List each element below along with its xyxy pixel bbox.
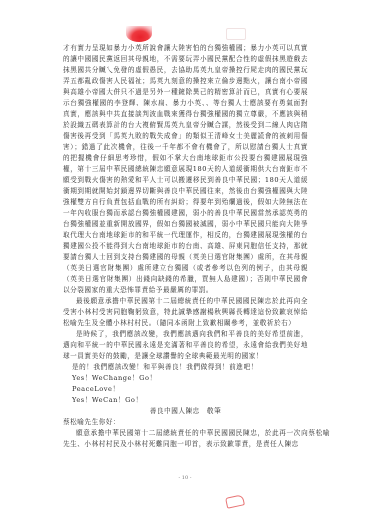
page-number: - 10 - [0, 475, 370, 481]
letter-salutation: 蔡松喻先生你好： [63, 417, 308, 428]
letter-body: 願意承擔中華民國第十二屆總統責任的中華民國國民陳忠，於此再一次向蔡松喻先生、小林… [63, 428, 330, 450]
signature: 善良中國人陳忠 敬筆 [63, 406, 308, 417]
red-seal-stamp-bottom [225, 494, 245, 509]
paragraph-apology: 最後願意承擔中華民國第十二屆總統責任的中華民國國民陳忠於此再向全受害小林村受害同… [63, 296, 308, 329]
document-page: 才有實力呈現如暴力小英所說會讓大陸害怕的台獨強權國；暴力小英可以真實的讓中國國民… [0, 0, 370, 512]
faint-seal-stamp [226, 28, 246, 40]
paragraph-change: 是時候了，我們應該改變，我們應該邁向我們和平善良的美好希望前進，邁向和平統一的中… [63, 329, 308, 362]
slogan-chinese: 是的！我們應該改變！和平與善良！我們做得到！前進吧！ [63, 362, 308, 373]
slogan-peace-love: PeaceLove！ [63, 384, 308, 395]
slogan-we-change: Yes！WeChange！Go！ [63, 373, 308, 384]
paragraph-main: 才有實力呈現如暴力小英所說會讓大陸害怕的台獨強權國；暴力小英可以真實的讓中國國民… [63, 43, 308, 296]
slogan-we-can: Yes！WeCan！Go！ [63, 395, 308, 406]
document-body: 才有實力呈現如暴力小英所說會讓大陸害怕的台獨強權國；暴力小英可以真實的讓中國國民… [63, 43, 308, 450]
red-seal-stamp [126, 26, 152, 42]
